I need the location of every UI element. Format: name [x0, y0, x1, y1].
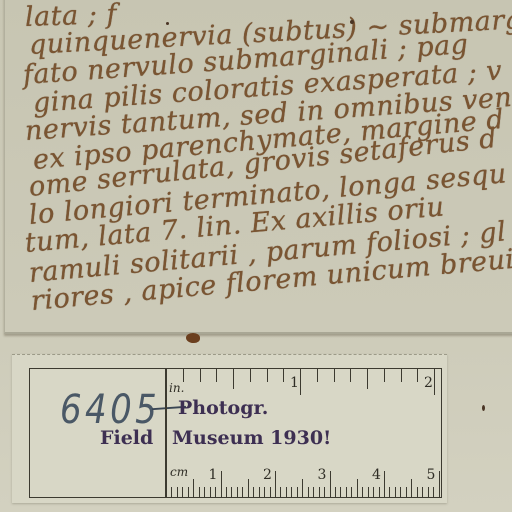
ruler-tick [439, 471, 440, 497]
ruler-tick [400, 487, 401, 497]
ruler-tick [204, 487, 205, 497]
ruler-tick [166, 471, 167, 497]
ruler-tick [275, 471, 276, 497]
ruler-tick [199, 487, 200, 497]
museum-label-card: 6405 Photogr. Field Museum 1930! in. 12 … [12, 354, 447, 503]
ruler-tick [188, 487, 189, 497]
ruler-tick [334, 369, 335, 382]
ruler-tick [319, 487, 320, 497]
ruler-tick [226, 487, 227, 497]
ruler-tick [389, 487, 390, 497]
ruler-tick [291, 487, 292, 497]
ruler-tick [193, 479, 194, 497]
ruler-tick [313, 487, 314, 497]
ruler-tick [253, 487, 254, 497]
ink-blot [186, 333, 200, 343]
ruler-tick [417, 369, 418, 382]
stamp-museum-year: Museum 1930! [172, 427, 331, 449]
ruler-tick [215, 487, 216, 497]
ruler-tick [264, 487, 265, 497]
ruler-tick [270, 487, 271, 497]
ruler-tick [346, 487, 347, 497]
ruler-tick [330, 471, 331, 497]
ruler-tick [379, 487, 380, 497]
ruler-tick [401, 369, 402, 382]
ruler-tick [182, 487, 183, 497]
cm-label: 2 [263, 467, 272, 483]
paper-speck [166, 22, 169, 25]
ruler-tick [317, 369, 318, 382]
ruler-tick [368, 487, 369, 497]
stamp-photogr: Photogr. [178, 397, 268, 419]
ruler-tick [406, 487, 407, 497]
inch-label: 1 [290, 375, 299, 391]
cm-label: 1 [209, 467, 218, 483]
ruler-tick [233, 369, 234, 389]
ruler-tick [297, 487, 298, 497]
ruler-tick [362, 487, 363, 497]
ruler-tick [171, 487, 172, 497]
ruler-tick [340, 487, 341, 497]
ruler-tick [395, 487, 396, 497]
ruler-tick [302, 479, 303, 497]
ruler-tick [283, 369, 284, 382]
ruler-tick [286, 487, 287, 497]
ruler-tick [428, 487, 429, 497]
ruler-tick [384, 471, 385, 497]
inch-ruler: in. 12 [166, 369, 443, 399]
ruler-tick [373, 487, 374, 497]
ruler-tick [324, 487, 325, 497]
ruler-tick [183, 369, 184, 382]
ruler-tick [177, 487, 178, 497]
cm-ruler: cm 12345 [166, 467, 443, 497]
handwritten-manuscript-page: lata ; fquinquenervia (subtus) ~ submarg… [4, 0, 512, 334]
ruler-tick [166, 369, 167, 395]
ruler-tick [434, 369, 435, 395]
ruler-tick [433, 487, 434, 497]
ruler-tick [422, 487, 423, 497]
ruler-tick [357, 479, 358, 497]
ruler-tick [242, 487, 243, 497]
label-frame: 6405 Photogr. Field Museum 1930! in. 12 … [29, 368, 442, 498]
ruler-tick [308, 487, 309, 497]
cm-label: 3 [318, 467, 327, 483]
ruler-tick [350, 369, 351, 382]
ruler-tick [259, 487, 260, 497]
ruler-tick [267, 369, 268, 382]
stamp-field: Field [100, 427, 153, 449]
ruler-tick [280, 487, 281, 497]
inch-label: 2 [424, 375, 433, 391]
paper-speck [350, 20, 354, 24]
ruler-tick [200, 369, 201, 382]
ruler-tick [417, 487, 418, 497]
cm-label: 5 [427, 467, 436, 483]
cm-label: 4 [372, 467, 381, 483]
ruler-tick [411, 479, 412, 497]
ruler-tick [351, 487, 352, 497]
ruler-tick [248, 479, 249, 497]
ruler-tick [250, 369, 251, 382]
cm-unit-label: cm [170, 465, 188, 479]
ruler-tick [237, 487, 238, 497]
ruler-tick [367, 369, 368, 389]
ruler-tick [384, 369, 385, 382]
ruler-tick [210, 487, 211, 497]
paper-speck [482, 405, 485, 411]
ruler-tick [300, 369, 301, 395]
inch-unit-label: in. [169, 381, 184, 395]
ruler-tick [221, 471, 222, 497]
ruler-tick [216, 369, 217, 382]
ruler-tick [231, 487, 232, 497]
ruler-tick [335, 487, 336, 497]
